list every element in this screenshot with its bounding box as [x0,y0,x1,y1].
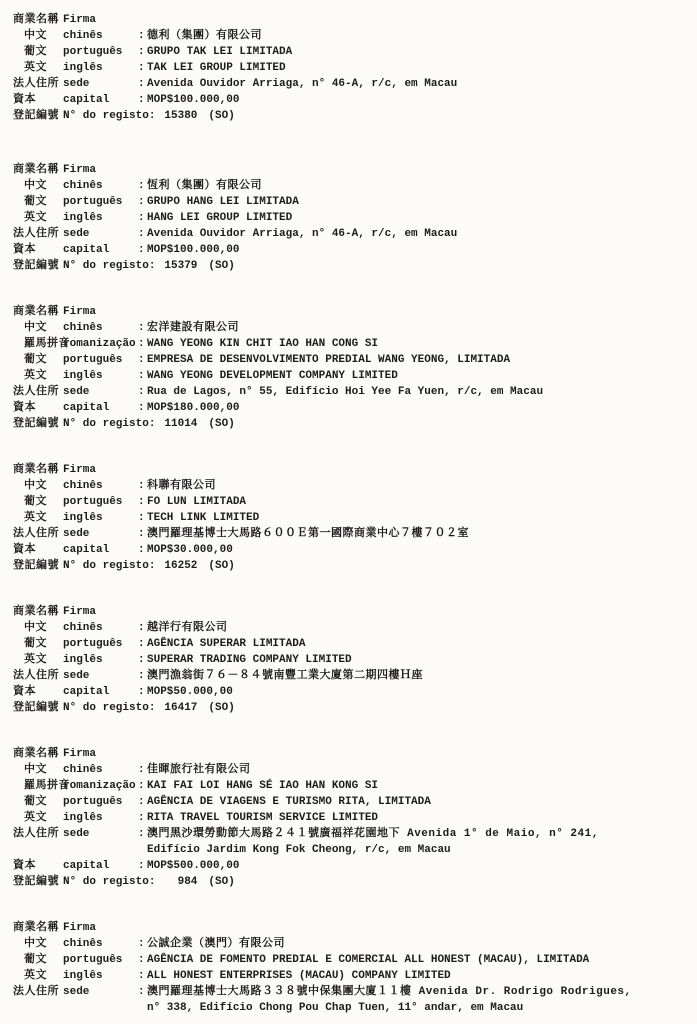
company-entry: 商業名稱 Firma 中文 chinês : 恆利（集團）有限公司 葡文 por… [13,162,691,274]
company-entry: 商業名稱 Firma 中文 chinês : 佳暉旅行社有限公司 羅馬拼音 ro… [13,746,691,890]
portuguese-label-zh: 葡文 [13,352,63,368]
colon-separator: : [138,510,147,526]
address-label-pt: sede [63,226,138,242]
address-value: Avenida Ouvidor Arriaga, n° 46-A, r/c, e… [147,76,691,92]
registration-label-zh: 登記編號 [13,258,63,274]
colon-separator: : [138,44,147,60]
field-capital: 資本 capital : MOP$30.000,00 [13,542,691,558]
business-name-label-zh: 商業名稱 [13,462,63,478]
registration-suffix: (SO) [208,258,234,274]
field-capital: 資本 capital : MOP$500.000,00 [13,858,691,874]
colon-separator: : [138,494,147,510]
registration-label-zh: 登記編號 [13,558,63,574]
registration-suffix: (SO) [208,108,234,124]
field-chinese-name: 中文 chinês : 越洋行有限公司 [13,620,691,636]
business-name-label-zh: 商業名稱 [13,920,63,936]
chinese-label-pt: chinês [63,936,138,952]
registration-suffix: (SO) [208,700,234,716]
field-firma: 商業名稱 Firma [13,12,691,28]
english-label-pt: inglês [63,210,138,226]
colon-separator: : [138,542,147,558]
english-name-value: WANG YEONG DEVELOPMENT COMPANY LIMITED [147,368,691,384]
chinese-name-value: 德利（集團）有限公司 [147,28,691,44]
english-label-pt: inglês [63,60,138,76]
field-chinese-name: 中文 chinês : 恆利（集團）有限公司 [13,178,691,194]
registration-number: 16417 [155,700,197,716]
registration-label-pt: N° do registo: [63,258,155,274]
colon-separator: : [138,526,147,542]
field-portuguese-name: 葡文 português : AGÊNCIA DE FOMENTO PREDIA… [13,952,691,968]
colon-separator: : [138,400,147,416]
field-registration: 登記編號 N° do registo: 16417 (SO) [13,700,691,716]
field-romanization: 羅馬拼音 romanização : WANG YEONG KIN CHIT I… [13,336,691,352]
registration-suffix: (SO) [208,558,234,574]
colon-separator: : [138,652,147,668]
capital-label-zh: 資本 [13,542,63,558]
field-address: 法人住所 sede : Rua de Lagos, n° 55, Edifíci… [13,384,691,400]
portuguese-label-zh: 葡文 [13,494,63,510]
field-registration: 登記編號 N° do registo: 16252 (SO) [13,558,691,574]
field-chinese-name: 中文 chinês : 科聯有限公司 [13,478,691,494]
field-address: 法人住所 sede : 澳門漁翁街７６－８４號南豐工業大廈第二期四樓Ｈ座 [13,668,691,684]
colon-separator: : [138,778,147,794]
colon-separator: : [138,242,147,258]
colon-separator: : [138,76,147,92]
chinese-label-zh: 中文 [13,620,63,636]
colon-separator: : [138,384,147,400]
english-name-value: RITA TRAVEL TOURISM SERVICE LIMITED [147,810,691,826]
colon-separator: : [138,952,147,968]
field-capital: 資本 capital : MOP$50.000,00 [13,684,691,700]
field-english-name: 英文 inglês : SUPERAR TRADING COMPANY LIMI… [13,652,691,668]
colon-separator: : [138,336,147,352]
registration-label-pt: N° do registo: [63,558,155,574]
portuguese-label-zh: 葡文 [13,952,63,968]
registration-label-pt: N° do registo: [63,874,155,890]
portuguese-label-zh: 葡文 [13,636,63,652]
english-label-pt: inglês [63,368,138,384]
capital-label-zh: 資本 [13,858,63,874]
portuguese-name-value: GRUPO TAK LEI LIMITADA [147,44,691,60]
portuguese-name-value: AGÊNCIA DE FOMENTO PREDIAL E COMERCIAL A… [147,952,691,968]
english-name-value: TECH LINK LIMITED [147,510,691,526]
romanization-label-zh: 羅馬拼音 [13,336,63,352]
company-entry: 商業名稱 Firma 中文 chinês : 宏洋建設有限公司 羅馬拼音 rom… [13,304,691,432]
address-value: 澳門漁翁街７６－８４號南豐工業大廈第二期四樓Ｈ座 [147,668,691,684]
address-label-pt: sede [63,76,138,92]
portuguese-label-zh: 葡文 [13,194,63,210]
capital-value: MOP$30.000,00 [147,542,691,558]
registration-label-pt: N° do registo: [63,700,155,716]
field-address: 法人住所 sede : Avenida Ouvidor Arriaga, n° … [13,226,691,242]
english-label-zh: 英文 [13,210,63,226]
romanization-value: KAI FAI LOI HANG SÉ IAO HAN KONG SI [147,778,691,794]
portuguese-name-value: EMPRESA DE DESENVOLVIMENTO PREDIAL WANG … [147,352,691,368]
colon-separator: : [138,984,147,1000]
chinese-label-zh: 中文 [13,28,63,44]
field-chinese-name: 中文 chinês : 佳暉旅行社有限公司 [13,762,691,778]
chinese-label-zh: 中文 [13,936,63,952]
english-label-zh: 英文 [13,968,63,984]
registration-suffix: (SO) [208,416,234,432]
field-capital: 資本 capital : MOP$180.000,00 [13,400,691,416]
business-name-label-zh: 商業名稱 [13,304,63,320]
address-label-pt: sede [63,384,138,400]
english-label-zh: 英文 [13,810,63,826]
registration-number: 15379 [155,258,197,274]
field-firma: 商業名稱 Firma [13,462,691,478]
english-name-value: HANG LEI GROUP LIMITED [147,210,691,226]
english-label-zh: 英文 [13,510,63,526]
address-label-pt: sede [63,826,138,842]
business-name-label-pt: Firma [63,162,138,178]
field-firma: 商業名稱 Firma [13,304,691,320]
colon-separator: : [138,762,147,778]
chinese-label-pt: chinês [63,320,138,336]
portuguese-name-value: GRUPO HANG LEI LIMITADA [147,194,691,210]
address-value-line1: 澳門黑沙環勞動節大馬路２４１號廣福祥花園地下 Avenida 1° de Mai… [147,826,691,842]
capital-value: MOP$100.000,00 [147,242,691,258]
colon-separator: : [138,320,147,336]
registration-label-pt: N° do registo: [63,416,155,432]
colon-separator: : [138,684,147,700]
registration-number: 15380 [155,108,197,124]
chinese-label-zh: 中文 [13,478,63,494]
english-label-zh: 英文 [13,652,63,668]
chinese-label-zh: 中文 [13,320,63,336]
portuguese-label-pt: português [63,194,138,210]
english-label-zh: 英文 [13,368,63,384]
chinese-label-pt: chinês [63,478,138,494]
address-label-zh: 法人住所 [13,226,63,242]
english-label-pt: inglês [63,652,138,668]
romanization-label-pt: romanização [63,336,138,352]
registration-number: 984 [155,874,197,890]
colon-separator: : [138,210,147,226]
colon-separator: : [138,636,147,652]
field-chinese-name: 中文 chinês : 宏洋建設有限公司 [13,320,691,336]
registration-number: 16252 [155,558,197,574]
field-firma: 商業名稱 Firma [13,162,691,178]
capital-label-pt: capital [63,542,138,558]
portuguese-name-value: AGÊNCIA DE VIAGENS E TURISMO RITA, LIMIT… [147,794,691,810]
registration-label-pt: N° do registo: [63,108,155,124]
address-label-pt: sede [63,526,138,542]
english-label-pt: inglês [63,510,138,526]
colon-separator: : [138,968,147,984]
address-value-line1: 澳門羅理基博士大馬路３３８號中保集團大廈１１樓 Avenida Dr. Rodr… [147,984,691,1000]
colon-separator: : [138,28,147,44]
chinese-name-value: 宏洋建設有限公司 [147,320,691,336]
colon-separator: : [138,92,147,108]
colon-separator: : [138,368,147,384]
company-entry: 商業名稱 Firma 中文 chinês : 科聯有限公司 葡文 portugu… [13,462,691,574]
portuguese-label-pt: português [63,636,138,652]
english-label-zh: 英文 [13,60,63,76]
field-registration: 登記編號 N° do registo: 15379 (SO) [13,258,691,274]
field-capital: 資本 capital : MOP$100.000,00 [13,92,691,108]
colon-separator: : [138,620,147,636]
colon-separator: : [138,668,147,684]
english-name-value: ALL HONEST ENTERPRISES (MACAU) COMPANY L… [147,968,691,984]
address-label-zh: 法人住所 [13,76,63,92]
field-english-name: 英文 inglês : HANG LEI GROUP LIMITED [13,210,691,226]
chinese-name-value: 科聯有限公司 [147,478,691,494]
field-english-name: 英文 inglês : TECH LINK LIMITED [13,510,691,526]
company-entry: 商業名稱 Firma 中文 chinês : 德利（集團）有限公司 葡文 por… [13,12,691,124]
business-name-label-pt: Firma [63,12,138,28]
portuguese-name-value: FO LUN LIMITADA [147,494,691,510]
colon-separator: : [138,226,147,242]
romanization-label-pt: romanização [63,778,138,794]
field-english-name: 英文 inglês : WANG YEONG DEVELOPMENT COMPA… [13,368,691,384]
registration-number: 11014 [155,416,197,432]
field-portuguese-name: 葡文 português : AGÊNCIA SUPERAR LIMITADA [13,636,691,652]
business-name-label-zh: 商業名稱 [13,604,63,620]
capital-value: MOP$500.000,00 [147,858,691,874]
capital-label-pt: capital [63,684,138,700]
field-english-name: 英文 inglês : TAK LEI GROUP LIMITED [13,60,691,76]
registration-label-zh: 登記編號 [13,108,63,124]
company-entry: 商業名稱 Firma 中文 chinês : 公誠企業（澳門）有限公司 葡文 p… [13,920,691,1016]
field-address: 法人住所 sede : Avenida Ouvidor Arriaga, n° … [13,76,691,92]
romanization-label-zh: 羅馬拼音 [13,778,63,794]
english-name-value: SUPERAR TRADING COMPANY LIMITED [147,652,691,668]
chinese-label-pt: chinês [63,762,138,778]
registration-label-zh: 登記編號 [13,874,63,890]
capital-value: MOP$180.000,00 [147,400,691,416]
business-name-label-pt: Firma [63,604,138,620]
field-chinese-name: 中文 chinês : 德利（集團）有限公司 [13,28,691,44]
chinese-name-value: 恆利（集團）有限公司 [147,178,691,194]
business-name-label-pt: Firma [63,304,138,320]
address-label-pt: sede [63,984,138,1000]
address-label-zh: 法人住所 [13,668,63,684]
chinese-name-value: 越洋行有限公司 [147,620,691,636]
chinese-label-pt: chinês [63,620,138,636]
field-portuguese-name: 葡文 português : FO LUN LIMITADA [13,494,691,510]
address-label-zh: 法人住所 [13,984,63,1000]
romanization-value: WANG YEONG KIN CHIT IAO HAN CONG SI [147,336,691,352]
colon-separator: : [138,352,147,368]
capital-label-pt: capital [63,92,138,108]
colon-separator: : [138,60,147,76]
portuguese-label-pt: português [63,794,138,810]
field-address: 法人住所 sede : 澳門羅理基博士大馬路３３８號中保集團大廈１１樓 Aven… [13,984,691,1000]
address-label-pt: sede [63,668,138,684]
portuguese-label-pt: português [63,494,138,510]
field-address: 法人住所 sede : 澳門羅理基博士大馬路６００Ｅ第一國際商業中心７樓７０２室 [13,526,691,542]
field-portuguese-name: 葡文 português : AGÊNCIA DE VIAGENS E TURI… [13,794,691,810]
capital-label-zh: 資本 [13,684,63,700]
english-label-pt: inglês [63,968,138,984]
field-address-continued: Edifício Jardim Kong Fok Cheong, r/c, em… [13,842,691,858]
field-firma: 商業名稱 Firma [13,746,691,762]
capital-value: MOP$100.000,00 [147,92,691,108]
field-english-name: 英文 inglês : ALL HONEST ENTERPRISES (MACA… [13,968,691,984]
capital-label-zh: 資本 [13,400,63,416]
registry-page: 商業名稱 Firma 中文 chinês : 德利（集團）有限公司 葡文 por… [0,0,697,1024]
address-value-line2: n° 338, Edifício Chong Pou Chap Tuen, 11… [147,1000,691,1016]
capital-label-zh: 資本 [13,92,63,108]
capital-label-zh: 資本 [13,242,63,258]
colon-separator: : [138,826,147,842]
colon-separator: : [138,810,147,826]
business-name-label-pt: Firma [63,920,138,936]
address-value: Rua de Lagos, n° 55, Edifício Hoi Yee Fa… [147,384,691,400]
field-chinese-name: 中文 chinês : 公誠企業（澳門）有限公司 [13,936,691,952]
colon-separator: : [138,194,147,210]
registration-label-zh: 登記編號 [13,416,63,432]
registration-suffix: (SO) [208,874,234,890]
business-name-label-pt: Firma [63,746,138,762]
address-value: Avenida Ouvidor Arriaga, n° 46-A, r/c, e… [147,226,691,242]
chinese-label-zh: 中文 [13,178,63,194]
colon-separator: : [138,858,147,874]
portuguese-label-pt: português [63,352,138,368]
capital-label-pt: capital [63,242,138,258]
field-firma: 商業名稱 Firma [13,604,691,620]
chinese-label-zh: 中文 [13,762,63,778]
english-label-pt: inglês [63,810,138,826]
chinese-label-pt: chinês [63,178,138,194]
business-name-label-zh: 商業名稱 [13,12,63,28]
english-name-value: TAK LEI GROUP LIMITED [147,60,691,76]
portuguese-label-pt: português [63,44,138,60]
colon-separator: : [138,794,147,810]
colon-separator: : [138,178,147,194]
colon-separator: : [138,478,147,494]
address-value: 澳門羅理基博士大馬路６００Ｅ第一國際商業中心７樓７０２室 [147,526,691,542]
field-portuguese-name: 葡文 português : GRUPO TAK LEI LIMITADA [13,44,691,60]
chinese-name-value: 公誠企業（澳門）有限公司 [147,936,691,952]
field-address-continued: n° 338, Edifício Chong Pou Chap Tuen, 11… [13,1000,691,1016]
field-registration: 登記編號 N° do registo: 11014 (SO) [13,416,691,432]
capital-value: MOP$50.000,00 [147,684,691,700]
company-entry: 商業名稱 Firma 中文 chinês : 越洋行有限公司 葡文 portug… [13,604,691,716]
field-firma: 商業名稱 Firma [13,920,691,936]
field-address: 法人住所 sede : 澳門黑沙環勞動節大馬路２４１號廣福祥花園地下 Aveni… [13,826,691,842]
field-registration: 登記編號 N° do registo: 984 (SO) [13,874,691,890]
field-portuguese-name: 葡文 português : EMPRESA DE DESENVOLVIMENT… [13,352,691,368]
field-capital: 資本 capital : MOP$100.000,00 [13,242,691,258]
chinese-name-value: 佳暉旅行社有限公司 [147,762,691,778]
portuguese-name-value: AGÊNCIA SUPERAR LIMITADA [147,636,691,652]
business-name-label-pt: Firma [63,462,138,478]
business-name-label-zh: 商業名稱 [13,746,63,762]
chinese-label-pt: chinês [63,28,138,44]
registration-label-zh: 登記編號 [13,700,63,716]
portuguese-label-pt: português [63,952,138,968]
business-name-label-zh: 商業名稱 [13,162,63,178]
address-value-line2: Edifício Jardim Kong Fok Cheong, r/c, em… [147,842,691,858]
field-english-name: 英文 inglês : RITA TRAVEL TOURISM SERVICE … [13,810,691,826]
address-label-zh: 法人住所 [13,526,63,542]
colon-separator: : [138,936,147,952]
capital-label-pt: capital [63,400,138,416]
field-portuguese-name: 葡文 português : GRUPO HANG LEI LIMITADA [13,194,691,210]
address-label-zh: 法人住所 [13,826,63,842]
field-romanization: 羅馬拼音 romanização : KAI FAI LOI HANG SÉ I… [13,778,691,794]
field-registration: 登記編號 N° do registo: 15380 (SO) [13,108,691,124]
address-label-zh: 法人住所 [13,384,63,400]
portuguese-label-zh: 葡文 [13,44,63,60]
portuguese-label-zh: 葡文 [13,794,63,810]
capital-label-pt: capital [63,858,138,874]
